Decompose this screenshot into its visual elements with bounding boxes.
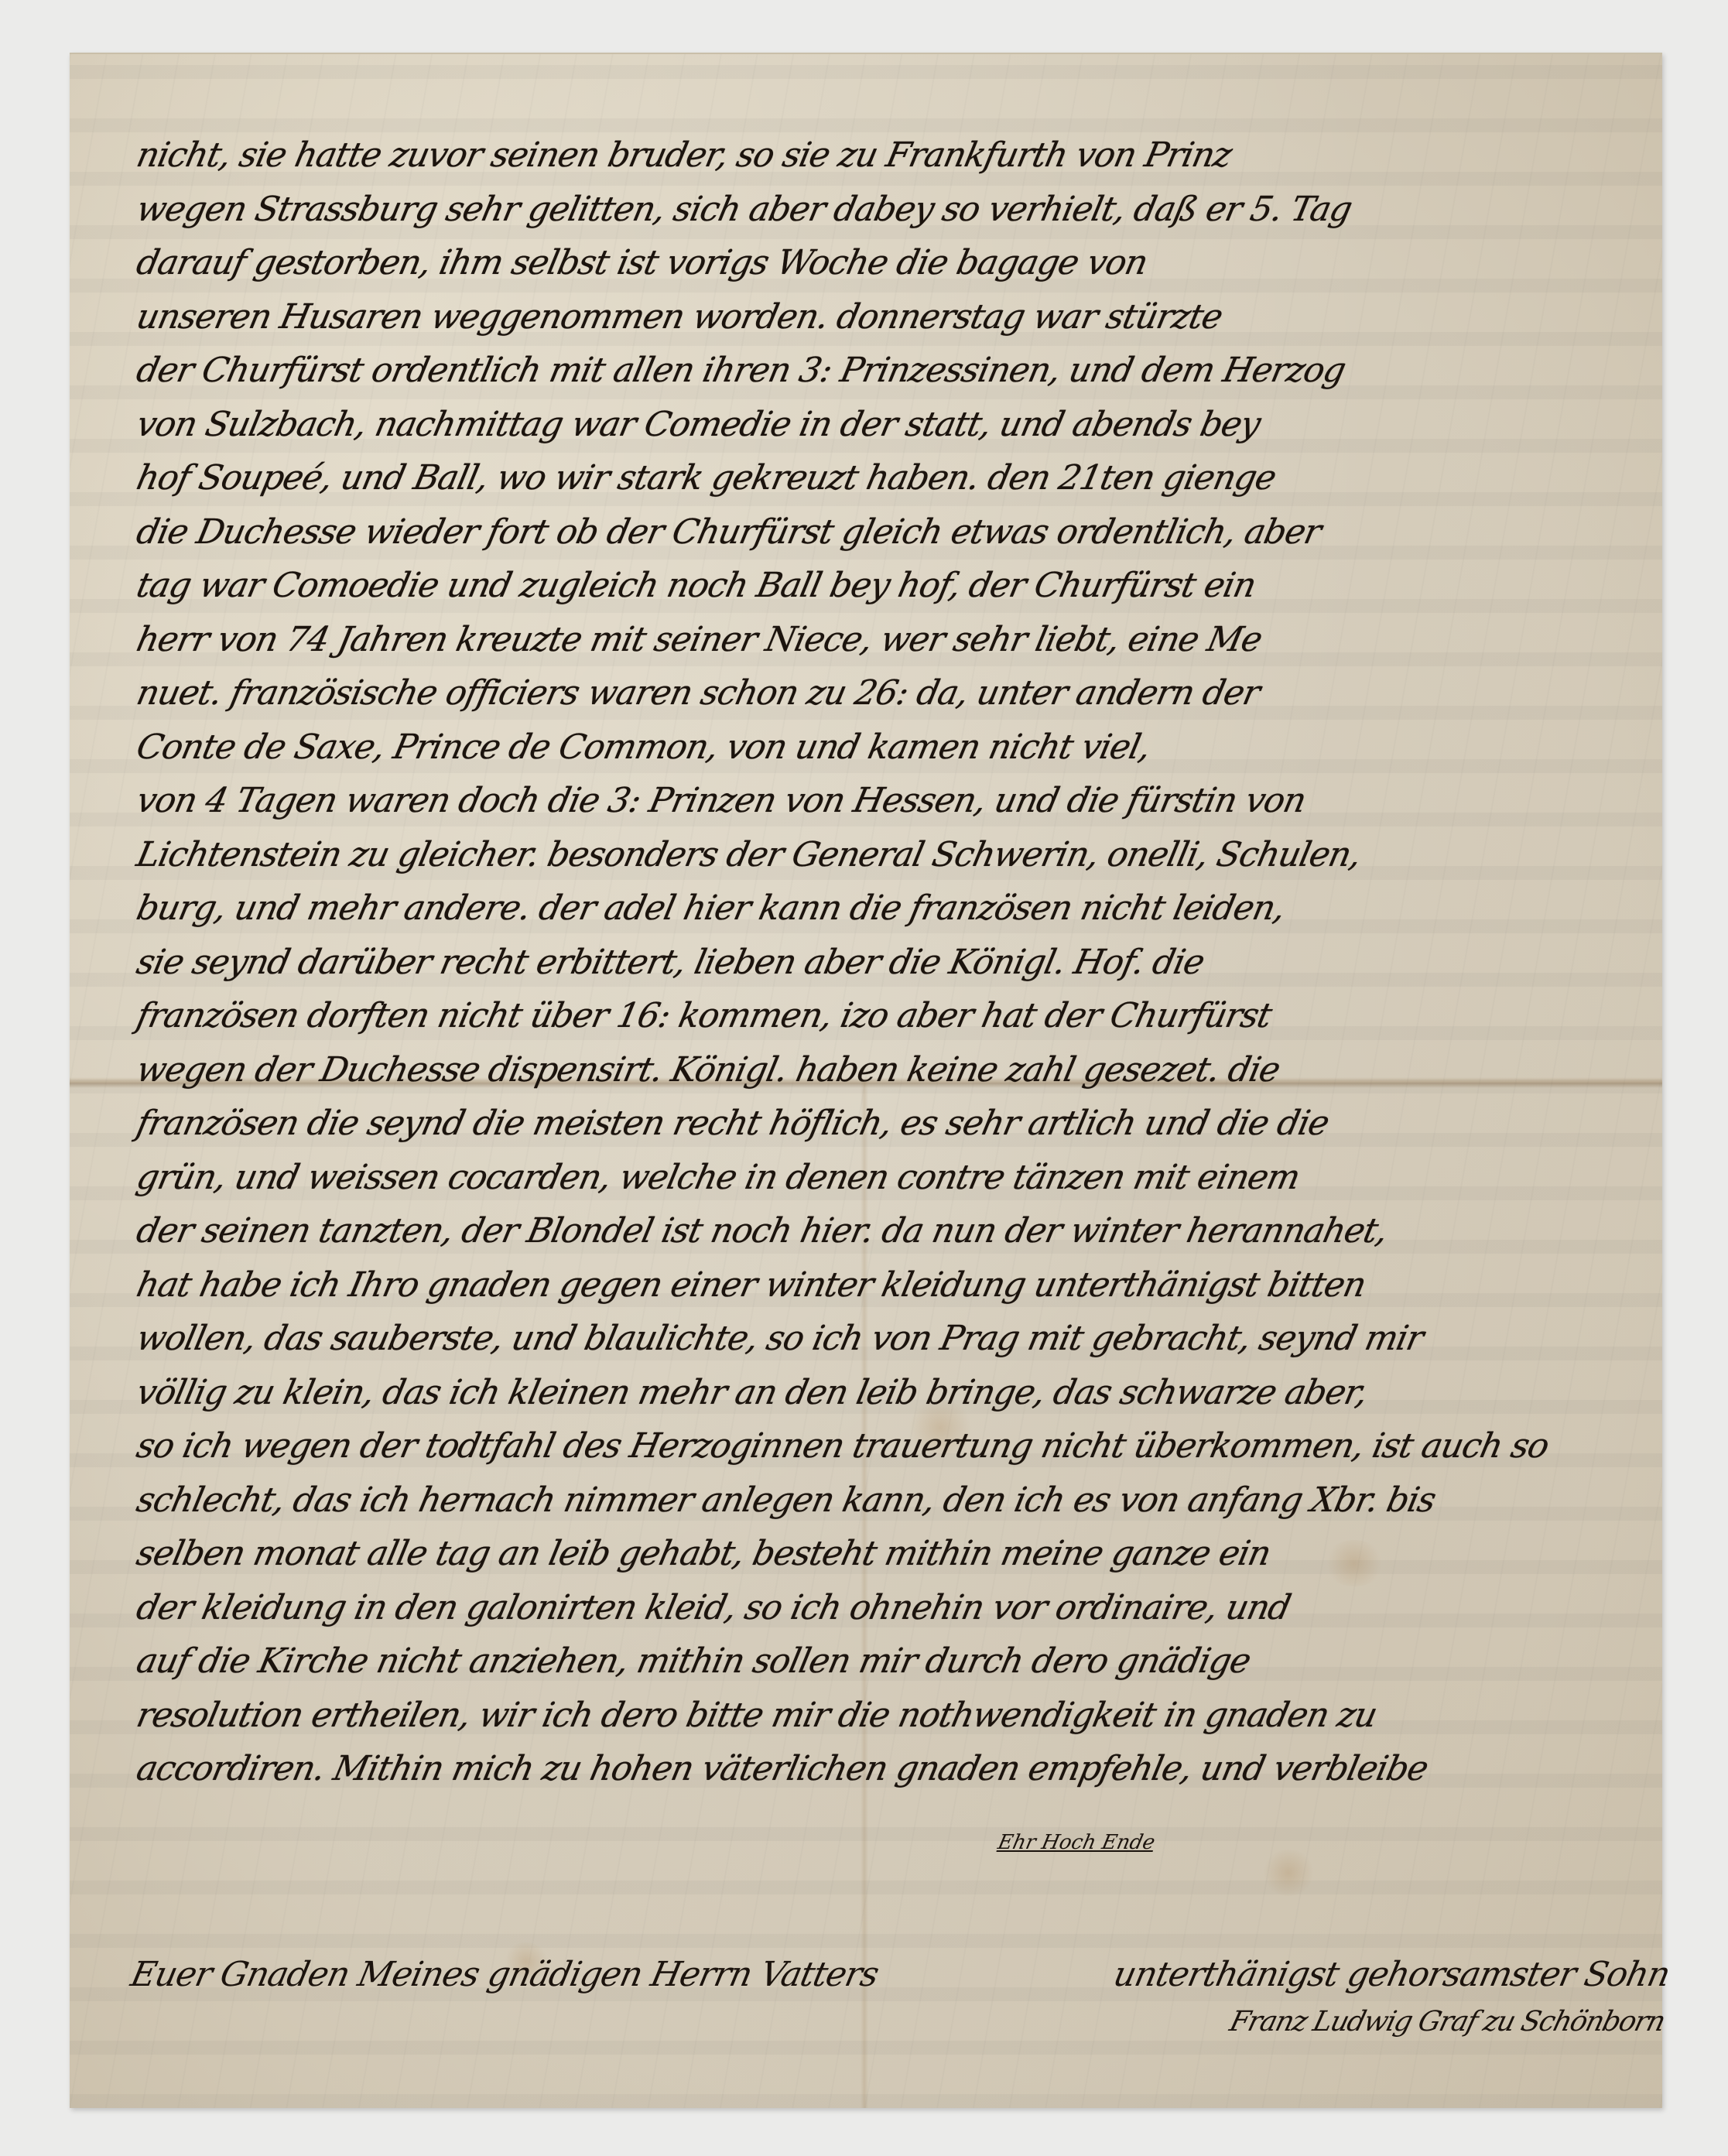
paper-stain <box>1261 1850 1316 1896</box>
letter-closing: Euer Gnaden Meines gnädigen Herrn Vatter… <box>132 1955 1610 2063</box>
body-line: Lichtenstein zu gleicher. besonders der … <box>132 828 1621 882</box>
body-line: selben monat alle tag an leib gehabt, be… <box>132 1527 1621 1581</box>
body-line: französen dorften nicht über 16: kommen,… <box>132 989 1621 1043</box>
body-line: sie seynd darüber recht erbittert, liebe… <box>132 936 1621 990</box>
body-line: burg, und mehr andere. der adel hier kan… <box>132 881 1621 936</box>
letter-sheet: nicht, sie hatte zuvor seinen bruder, so… <box>70 53 1662 2108</box>
body-line: schlecht, das ich hernach nimmer anlegen… <box>132 1473 1621 1528</box>
closing-valediction: unterthänigst gehorsamster Sohn <box>1110 1955 1673 1994</box>
body-line: hat habe ich Ihro gnaden gegen einer win… <box>132 1258 1621 1312</box>
body-line: der kleidung in den galonirten kleid, so… <box>132 1581 1621 1635</box>
body-line: Conte de Saxe, Prince de Common, von und… <box>132 720 1621 775</box>
body-line: wegen Strassburg sehr gelitten, sich abe… <box>132 183 1621 237</box>
body-line: hof Soupeé, und Ball, wo wir stark gekre… <box>132 451 1621 505</box>
body-line: resolution ertheilen, wir ich dero bitte… <box>132 1689 1621 1743</box>
body-line: völlig zu klein, das ich kleinen mehr an… <box>132 1366 1621 1420</box>
body-line: wegen der Duchesse dispensirt. Königl. h… <box>132 1043 1621 1097</box>
body-line: darauf gestorben, ihm selbst ist vorigs … <box>132 236 1621 290</box>
body-line: so ich wegen der todtfahl des Herzoginne… <box>132 1419 1621 1473</box>
body-line: nicht, sie hatte zuvor seinen bruder, so… <box>132 128 1621 183</box>
body-line: französen die seynd die meisten recht hö… <box>132 1097 1621 1151</box>
closing-salutation: Euer Gnaden Meines gnädigen Herrn Vatter… <box>128 1955 882 1994</box>
signature: Franz Ludwig Graf zu Schönborn <box>1227 2006 1668 2038</box>
body-line: tag war Comoedie und zugleich noch Ball … <box>132 559 1621 613</box>
body-line: nuet. französische officiers waren schon… <box>132 666 1621 720</box>
body-line: herr von 74 Jahren kreuzte mit seiner Ni… <box>132 613 1621 667</box>
letter-body: nicht, sie hatte zuvor seinen bruder, so… <box>132 128 1610 1796</box>
interlinear-insertion: Ehr Hoch Ende <box>996 1831 1157 1854</box>
body-line: von 4 Tagen waren doch die 3: Prinzen vo… <box>132 774 1621 828</box>
body-line: unseren Husaren weggenommen worden. donn… <box>132 290 1621 344</box>
body-line: accordiren. Mithin mich zu hohen väterli… <box>132 1742 1621 1796</box>
body-line: grün, und weissen cocarden, welche in de… <box>132 1151 1621 1205</box>
body-line: von Sulzbach, nachmittag war Comedie in … <box>132 398 1621 452</box>
body-line: auf die Kirche nicht anziehen, mithin so… <box>132 1634 1621 1689</box>
body-line: der Churfürst ordentlich mit allen ihren… <box>132 344 1621 398</box>
body-line: wollen, das sauberste, und blaulichte, s… <box>132 1312 1621 1366</box>
body-line: die Duchesse wieder fort ob der Churfürs… <box>132 505 1621 560</box>
body-line: der seinen tanzten, der Blondel ist noch… <box>132 1204 1621 1258</box>
